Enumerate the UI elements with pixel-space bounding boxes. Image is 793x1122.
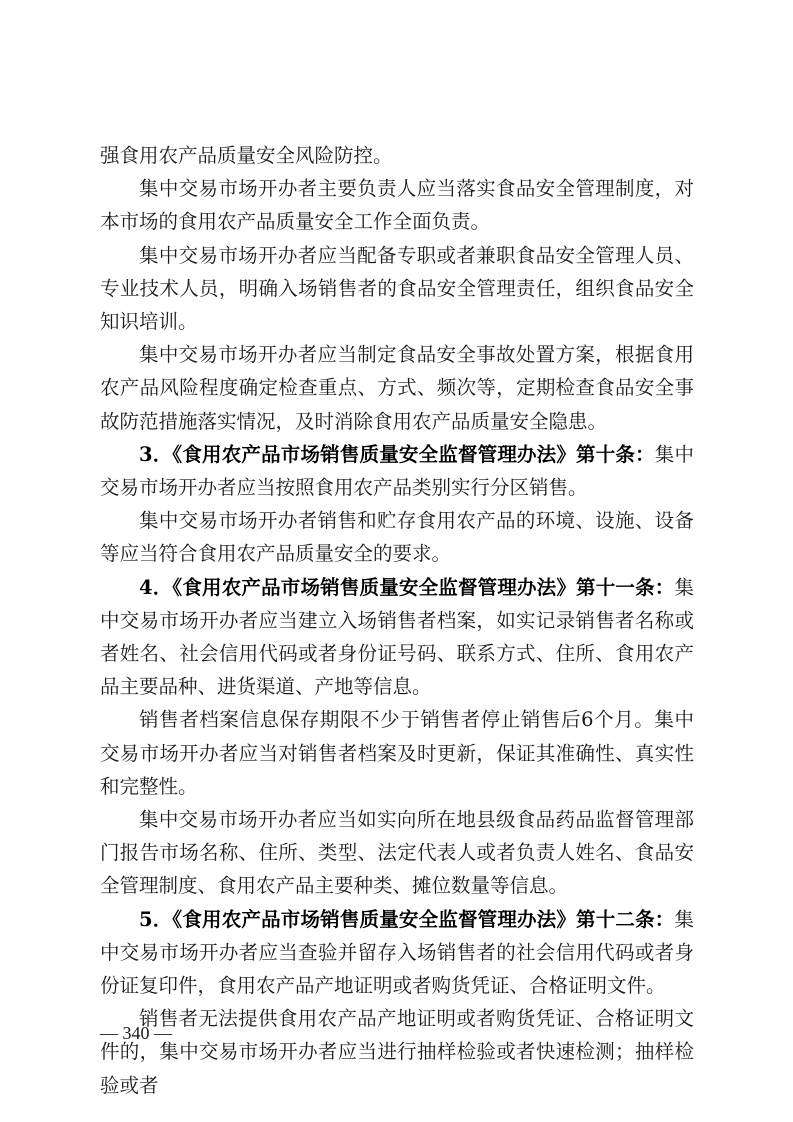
paragraph-2: 集中交易市场开办者主要负责人应当落实食品安全管理制度，对本市场的食用农产品质量安…	[100, 172, 694, 238]
article-12-paragraph: 5．《食用农产品市场销售质量安全监督管理办法》第十二条：集中交易市场开办者应当查…	[100, 903, 694, 1003]
paragraph-9: 集中交易市场开办者应当如实向所在地县级食品药品监督管理部门报告市场名称、住所、类…	[100, 803, 694, 903]
paragraph-11: 销售者无法提供食用农产品产地证明或者购货凭证、合格证明文件的，集中交易市场开办者…	[100, 1002, 694, 1102]
paragraph-6: 集中交易市场开办者销售和贮存食用农产品的环境、设施、设备等应当符合食用农产品质量…	[100, 504, 694, 570]
article-11-heading: 4．《食用农产品市场销售质量安全监督管理办法》第十一条：	[139, 576, 674, 599]
article-11-paragraph: 4．《食用农产品市场销售质量安全监督管理办法》第十一条：集中交易市场开办者应当建…	[100, 571, 694, 704]
article-10-paragraph: 3．《食用农产品市场销售质量安全监督管理办法》第十条：集中交易市场开办者应当按照…	[100, 438, 694, 504]
paragraph-8: 销售者档案信息保存期限不少于销售者停止销售后6个月。集中交易市场开办者应当对销售…	[100, 703, 694, 803]
paragraph-4: 集中交易市场开办者应当制定食品安全事故处置方案，根据食用农产品风险程度确定检查重…	[100, 338, 694, 438]
article-10-heading: 3．《食用农产品市场销售质量安全监督管理办法》第十条：	[139, 443, 655, 466]
page-number: — 340 —	[100, 1023, 172, 1044]
paragraph-1: 强食用农产品质量安全风险防控。	[100, 139, 694, 172]
document-body: 强食用农产品质量安全风险防控。 集中交易市场开办者主要负责人应当落实食品安全管理…	[100, 139, 694, 1102]
article-12-heading: 5．《食用农产品市场销售质量安全监督管理办法》第十二条：	[139, 908, 674, 931]
paragraph-3: 集中交易市场开办者应当配备专职或者兼职食品安全管理人员、专业技术人员，明确入场销…	[100, 239, 694, 339]
